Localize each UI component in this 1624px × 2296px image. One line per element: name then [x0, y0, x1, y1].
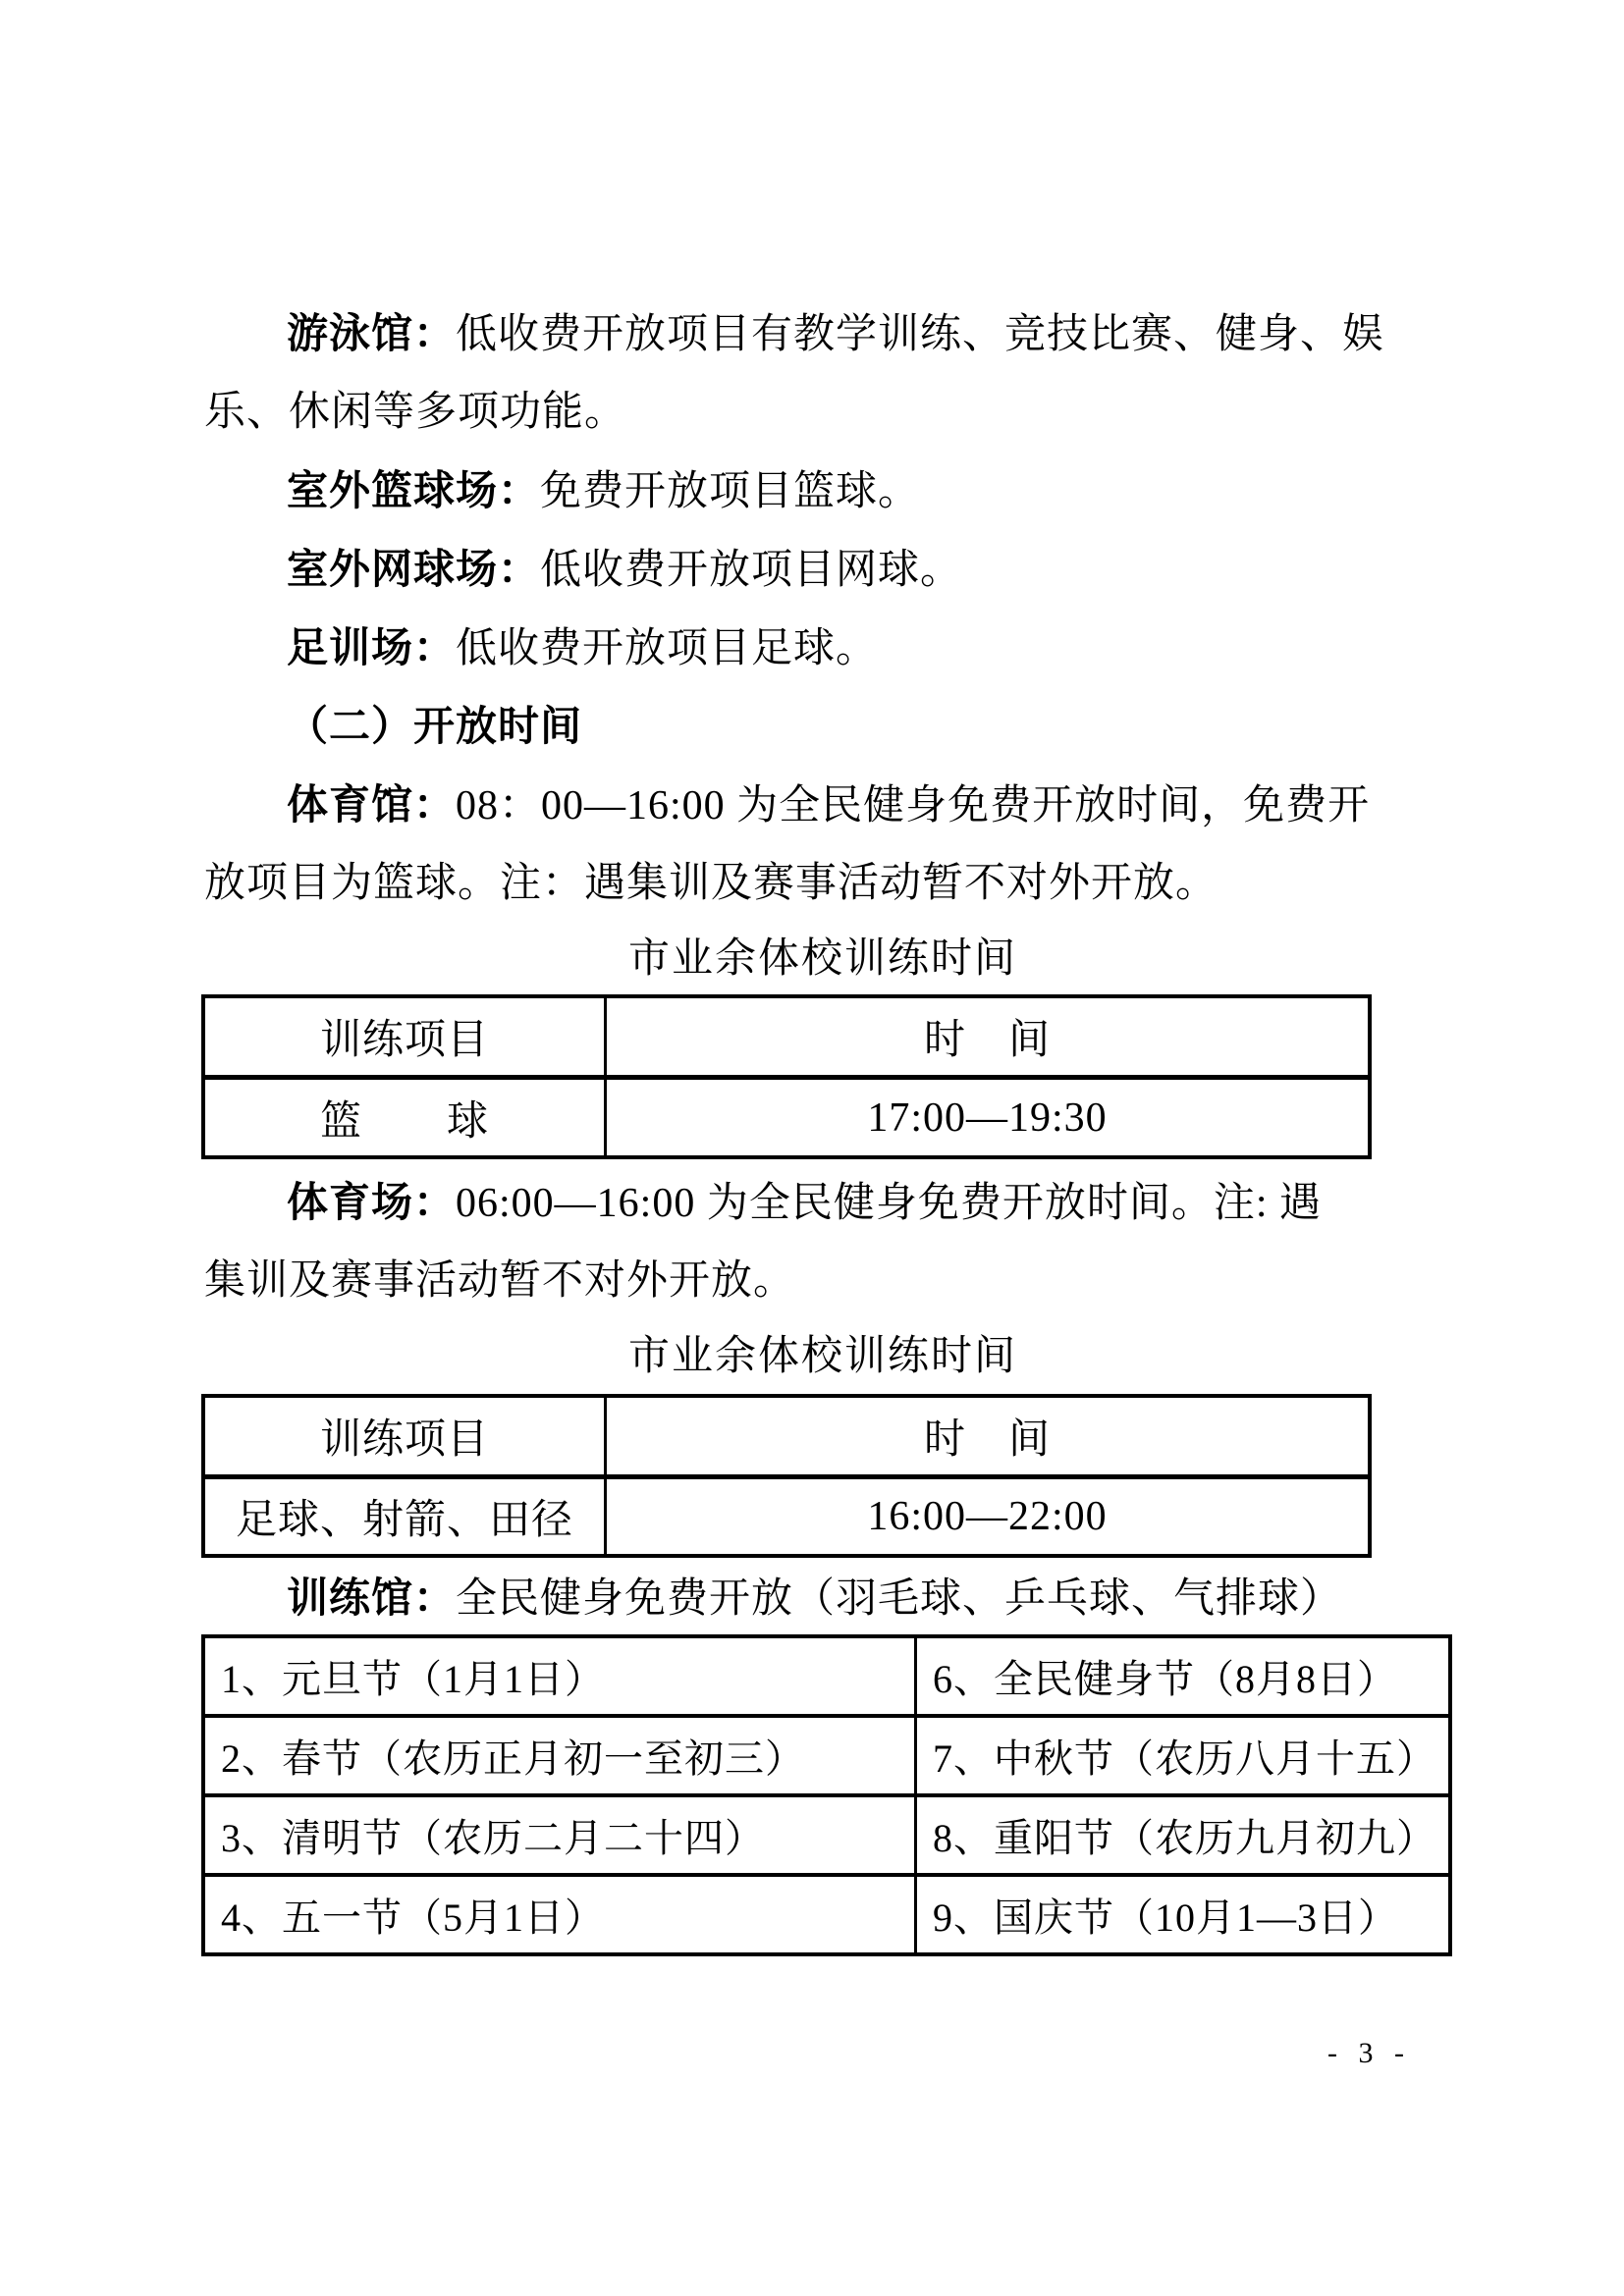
- table-row: 足球、射箭、田径 16:00—22:00: [205, 1474, 1368, 1554]
- holidays-table: 1、元旦节（1月1日） 6、全民健身节（8月8日） 2、春节（农历正月初一至初三…: [201, 1634, 1452, 1956]
- page-number: - 3 -: [1327, 2034, 1411, 2073]
- basketball-text: 免费开放项目篮球。: [540, 469, 920, 514]
- paragraph-line-basketball: 室外篮球场：免费开放项目篮球。: [204, 452, 1471, 530]
- paragraph-line-gym-2: 放项目为篮球。注：遇集训及赛事活动暂不对外开放。: [204, 844, 1471, 923]
- paragraph-line-training-hall: 训练馆：全民健身免费开放（羽毛球、乒乓球、气排球）: [204, 1559, 1471, 1637]
- stadium-label: 体育场：: [287, 1179, 456, 1225]
- football-text: 低收费开放项目足球。: [456, 626, 878, 671]
- table1-header-item: 训练项目: [205, 998, 607, 1075]
- paragraph-line-pool-1: 游泳馆：低收费开放项目有教学训练、竞技比赛、健身、娱: [204, 294, 1471, 373]
- tennis-label: 室外网球场：: [287, 546, 540, 592]
- table1-cell-item: 篮 球: [205, 1080, 607, 1155]
- table1-title: 市业余体校训练时间: [201, 926, 1444, 992]
- table1-header-time: 时 间: [607, 998, 1368, 1075]
- training-hall-label: 训练馆：: [287, 1575, 456, 1621]
- tennis-text: 低收费开放项目网球。: [540, 548, 962, 593]
- holiday-cell: 4、五一节（5月1日）: [205, 1877, 917, 1952]
- table2-header-time: 时 间: [607, 1398, 1368, 1474]
- table-row: 2、春节（农历正月初一至初三） 7、中秋节（农历八月十五）: [205, 1714, 1448, 1793]
- pool-text-1: 低收费开放项目有教学训练、竞技比赛、健身、娱: [456, 312, 1384, 357]
- school-training-table-1: 训练项目 时 间 篮 球 17:00—19:30: [201, 994, 1372, 1159]
- table2-cell-time: 16:00—22:00: [607, 1479, 1368, 1554]
- pool-text-2: 乐、休闲等多项功能。: [204, 390, 626, 435]
- paragraph-line-stadium-1: 体育场：06:00—16:00 为全民健身免费开放时间。注: 遇: [204, 1163, 1471, 1242]
- stadium-text-2: 集训及赛事活动暂不对外开放。: [204, 1258, 795, 1304]
- opening-projects-section: 游泳馆：低收费开放项目有教学训练、竞技比赛、健身、娱 乐、休闲等多项功能。 室外…: [204, 294, 1471, 923]
- gym-label: 体育馆：: [287, 781, 456, 828]
- football-label: 足训场：: [287, 624, 456, 670]
- table-row: 篮 球 17:00—19:30: [205, 1075, 1368, 1155]
- section-heading-opening-hours: （二）开放时间: [204, 687, 1471, 766]
- table-row: 3、清明节（农历二月二十四） 8、重阳节（农历九月初九）: [205, 1793, 1448, 1873]
- holiday-cell: 2、春节（农历正月初一至初三）: [205, 1718, 917, 1793]
- training-hall-section: 训练馆：全民健身免费开放（羽毛球、乒乓球、气排球）: [204, 1559, 1471, 1637]
- holiday-cell: 1、元旦节（1月1日）: [205, 1638, 917, 1714]
- paragraph-line-stadium-2: 集训及赛事活动暂不对外开放。: [204, 1242, 1471, 1320]
- table2-header-item: 训练项目: [205, 1398, 607, 1474]
- holiday-cell: 3、清明节（农历二月二十四）: [205, 1797, 917, 1873]
- table-row: 1、元旦节（1月1日） 6、全民健身节（8月8日）: [205, 1638, 1448, 1714]
- paragraph-line-tennis: 室外网球场：低收费开放项目网球。: [204, 530, 1471, 609]
- pool-label: 游泳馆：: [287, 310, 456, 356]
- holiday-cell: 6、全民健身节（8月8日）: [917, 1638, 1448, 1714]
- holiday-cell: 7、中秋节（农历八月十五）: [917, 1718, 1448, 1793]
- holiday-cell: 8、重阳节（农历九月初九）: [917, 1797, 1448, 1873]
- holiday-cell: 9、国庆节（10月1—3日）: [917, 1877, 1448, 1952]
- stadium-text-1: 06:00—16:00 为全民健身免费开放时间。注: 遇: [456, 1181, 1322, 1226]
- table-row: 4、五一节（5月1日） 9、国庆节（10月1—3日）: [205, 1873, 1448, 1952]
- gym-text-2: 放项目为篮球。注：遇集训及赛事活动暂不对外开放。: [204, 861, 1218, 906]
- training-hall-text: 全民健身免费开放（羽毛球、乒乓球、气排球）: [456, 1576, 1342, 1622]
- table2-cell-item: 足球、射箭、田径: [205, 1479, 607, 1554]
- paragraph-line-pool-2: 乐、休闲等多项功能。: [204, 373, 1471, 452]
- document-page: 游泳馆：低收费开放项目有教学训练、竞技比赛、健身、娱 乐、休闲等多项功能。 室外…: [0, 0, 1624, 2296]
- gym-text-1: 08：00—16:00 为全民健身免费开放时间，免费开: [456, 783, 1370, 828]
- paragraph-line-football: 足训场：低收费开放项目足球。: [204, 609, 1471, 687]
- stadium-section: 体育场：06:00—16:00 为全民健身免费开放时间。注: 遇 集训及赛事活动…: [204, 1163, 1471, 1320]
- heading-label: （二）开放时间: [287, 703, 582, 749]
- basketball-label: 室外篮球场：: [287, 467, 540, 513]
- table2-title: 市业余体校训练时间: [201, 1323, 1444, 1390]
- table-row: 训练项目 时 间: [205, 1398, 1368, 1474]
- table1-cell-time: 17:00—19:30: [607, 1080, 1368, 1155]
- table-row: 训练项目 时 间: [205, 998, 1368, 1075]
- paragraph-line-gym-1: 体育馆：08：00—16:00 为全民健身免费开放时间，免费开: [204, 766, 1471, 844]
- school-training-table-2: 训练项目 时 间 足球、射箭、田径 16:00—22:00: [201, 1394, 1372, 1558]
